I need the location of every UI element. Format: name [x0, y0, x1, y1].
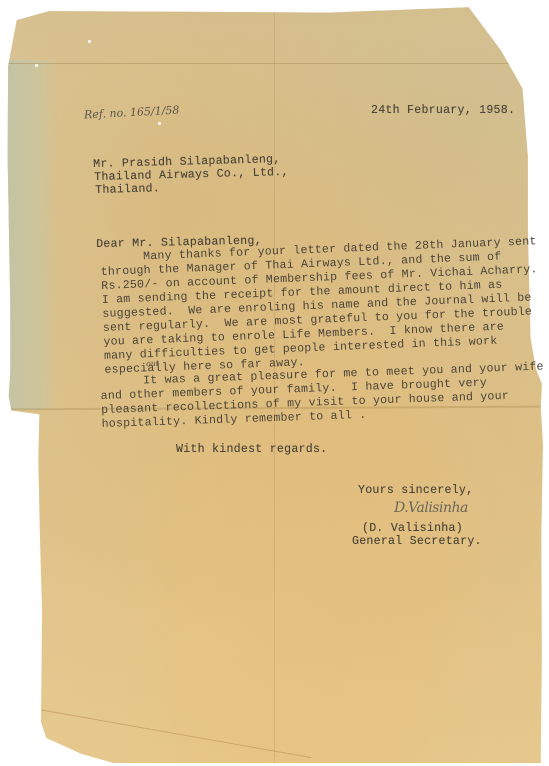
paper-top-discoloration [6, 5, 544, 67]
recipient-country: Thailand. [95, 182, 160, 197]
closing-regards: With kindest regards. [176, 443, 327, 456]
signatory-title: General Secretary. [352, 535, 482, 548]
paper-left-stripe [6, 60, 58, 410]
paper-speck [88, 40, 91, 43]
letter-date: 24th February, 1958. [371, 104, 515, 117]
handwritten-correction: out [146, 359, 159, 368]
paper-speck [158, 122, 161, 125]
paper-speck [35, 64, 38, 67]
fold-line-top [6, 63, 544, 64]
valediction: Yours sincerely, [358, 484, 473, 497]
signatory-name: (D. Valisinha) [362, 522, 463, 535]
handwritten-signature: D.Valisinha [394, 500, 468, 516]
document-scan: Ref. no. 165/1/58 24th February, 1958. M… [0, 0, 549, 766]
paragraph-1: Many thanks for your letter dated the 28… [100, 235, 541, 378]
crease-bottom-left [16, 705, 312, 758]
